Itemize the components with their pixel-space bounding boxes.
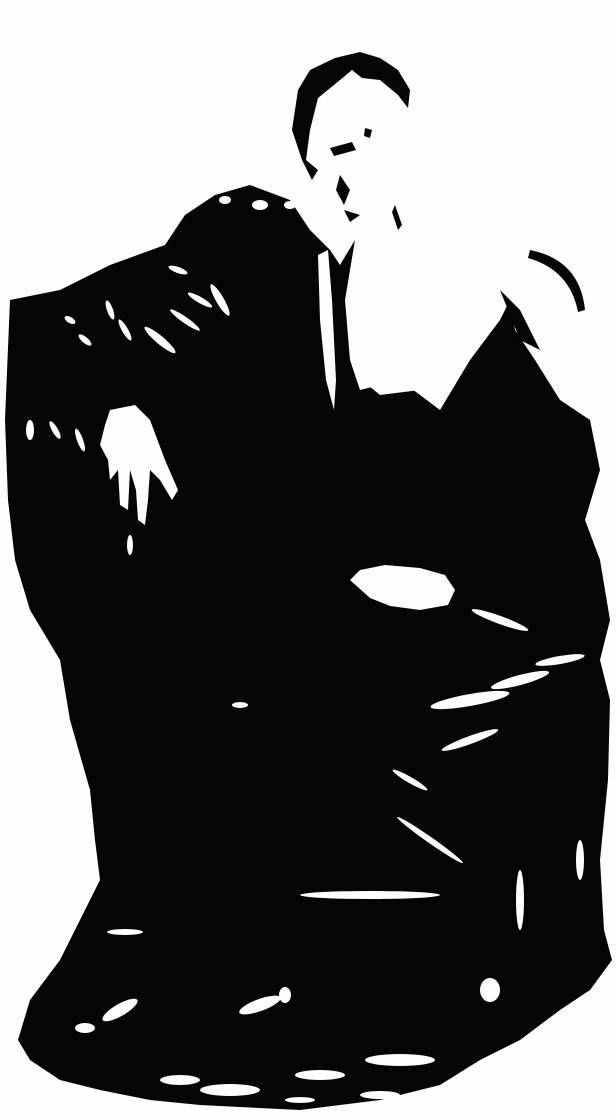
photo-canvas: [0, 0, 616, 1120]
portrait-photograph: [0, 0, 616, 1120]
